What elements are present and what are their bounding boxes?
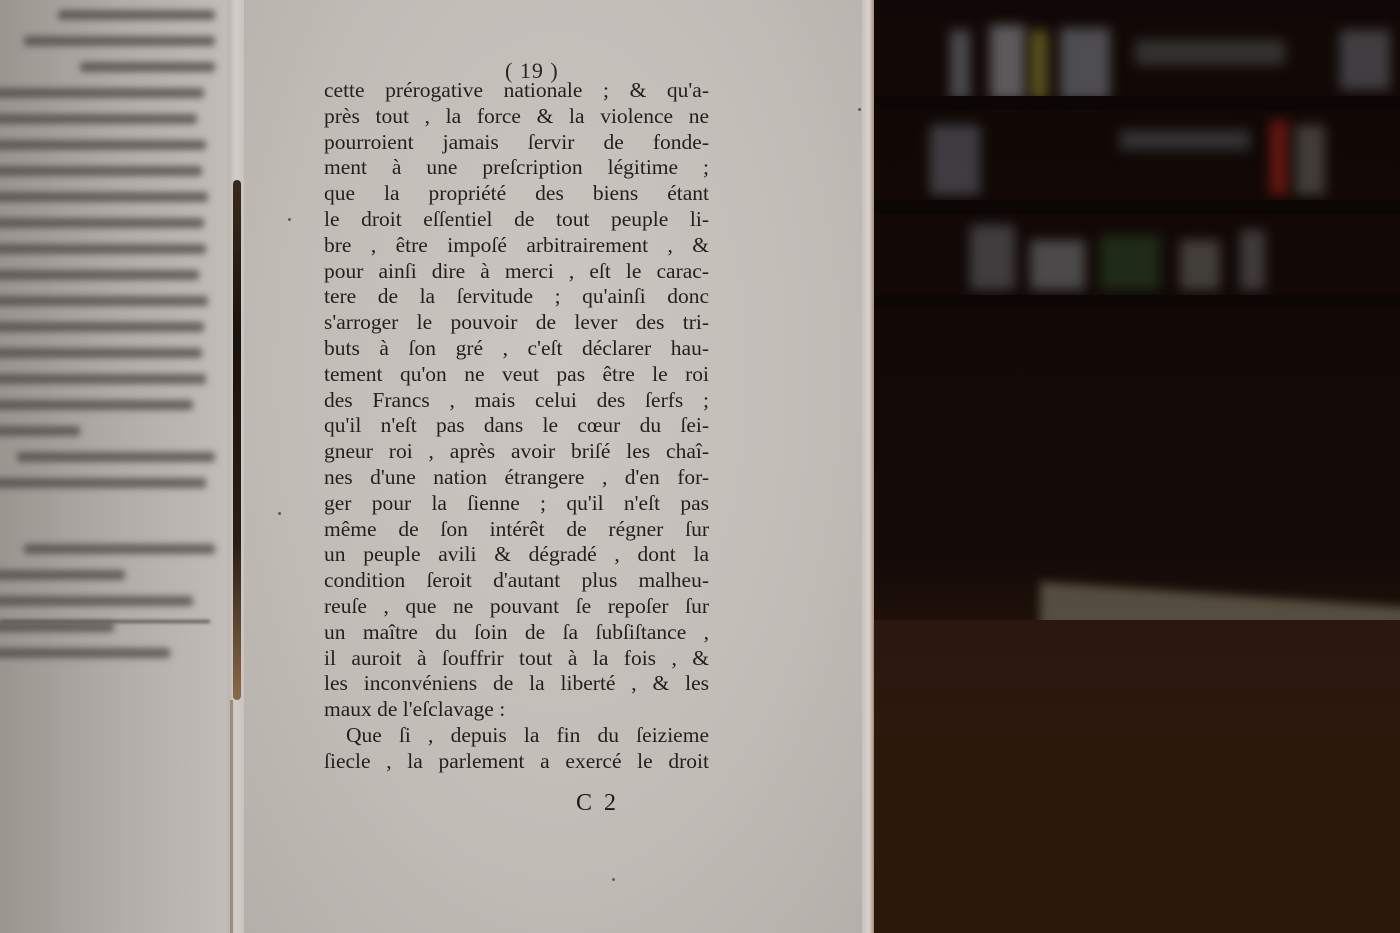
book-spine <box>1030 30 1048 100</box>
paper-speck <box>858 108 861 111</box>
book-spine <box>990 25 1025 100</box>
wooden-desk <box>870 620 1400 933</box>
shelf-board <box>870 200 1400 214</box>
text-line: près tout , la force & la violence ne <box>324 104 709 130</box>
text-line: cette prérogative nationale ; & qu'a- <box>324 78 709 104</box>
text-line: même de ſon intérêt de régner ſur <box>324 517 709 543</box>
text-line: nes d'une nation étrangere , d'en for- <box>324 465 709 491</box>
text-line: pourroient jamais ſervir de fonde- <box>324 130 709 156</box>
book-spine <box>970 225 1015 290</box>
paper-speck <box>278 512 281 515</box>
left-page <box>0 0 245 933</box>
text-line: des Francs , mais celui des ſerfs ; <box>324 388 709 414</box>
text-line: les inconvéniens de la liberté , & les <box>324 671 709 697</box>
signature-mark: C 2 <box>576 790 619 817</box>
book-stack <box>1120 130 1250 150</box>
left-page-blurred-text <box>0 0 215 674</box>
paper-speck <box>288 218 291 221</box>
text-line: ger pour la ſienne ; qu'il n'eſt pas <box>324 491 709 517</box>
text-line: un maître du ſoin de ſa ſubſiſtance , <box>324 620 709 646</box>
text-line: buts à ſon gré , c'eſt déclarer hau- <box>324 336 709 362</box>
text-line: condition ſeroit d'autant plus malheu- <box>324 568 709 594</box>
text-line: pour ainſi dire à merci , eſt le carac- <box>324 259 709 285</box>
shelf-board <box>870 96 1400 110</box>
text-line: qu'il n'eſt pas dans le cœur du ſei- <box>324 413 709 439</box>
binding-thread <box>230 700 233 933</box>
page-body-text: cette prérogative nationale ; & qu'a- pr… <box>324 78 709 775</box>
text-line: reuſe , que ne pouvant ſe repoſer ſur <box>324 594 709 620</box>
shelf-board <box>870 295 1400 309</box>
paper-speck <box>612 878 615 881</box>
text-line: ment à une preſcription légitime ; <box>324 155 709 181</box>
book-spine <box>1340 30 1390 90</box>
paragraph-start-line: Que ſi , depuis la fin du ſeizieme <box>324 723 709 749</box>
book-stack <box>1135 40 1285 65</box>
book-spine <box>1295 125 1325 195</box>
text-line: bre , être impoſé arbitrairement , & <box>324 233 709 259</box>
text-line: ſiecle , la parlement a exercé le droit <box>324 749 709 775</box>
book-spine <box>1180 240 1220 290</box>
text-line: il auroit à ſouffrir tout à la fois , & <box>324 646 709 672</box>
background-bookshelf-scene <box>870 0 1400 933</box>
text-line: tement qu'on ne veut pas être le roi <box>324 362 709 388</box>
text-line: le droit eſſentiel de tout peuple li- <box>324 207 709 233</box>
text-line: gneur roi , après avoir briſé les chaî- <box>324 439 709 465</box>
text-line: maux de l'eſclavage : <box>324 697 709 723</box>
book-spine <box>1060 28 1110 100</box>
text-line: un peuple avili & dégradé , dont la <box>324 542 709 568</box>
text-line: tere de la ſervitude ; qu'ainſi donc <box>324 284 709 310</box>
text-line: que la propriété des biens étant <box>324 181 709 207</box>
footnote-rule <box>0 620 210 623</box>
book-spine <box>1030 240 1085 290</box>
text-line: s'arroger le pouvoir de lever des tri- <box>324 310 709 336</box>
binding-crack <box>233 180 241 700</box>
book-spine <box>930 125 980 195</box>
book-spine-green <box>1100 235 1160 290</box>
book-spine <box>950 30 970 100</box>
book-spine-red <box>1270 120 1288 195</box>
book-spine <box>1240 230 1265 290</box>
page-edge <box>862 0 874 933</box>
